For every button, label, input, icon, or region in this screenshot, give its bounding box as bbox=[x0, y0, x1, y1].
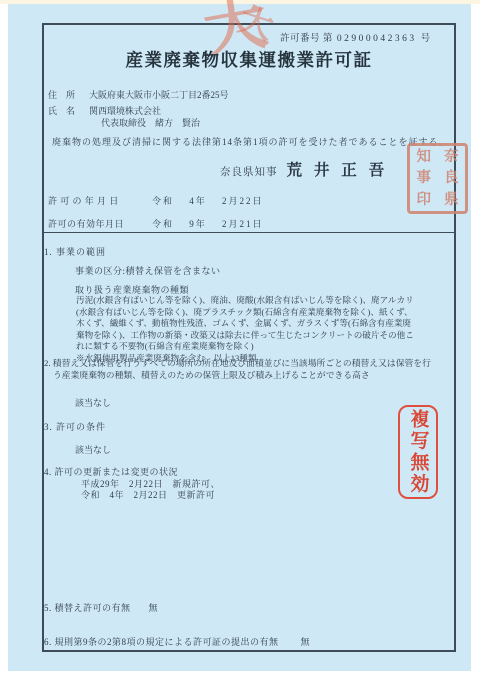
waste-types-line: 木くず、繊維くず、動植物性残渣、ゴムくず、金属くず、ガラスくず等(石綿含有産業廃 bbox=[76, 318, 414, 330]
section2-line1: 2. 積替え又は保管を行うすべての場所の所在地及び面積並びに当該場所ごとの積替え… bbox=[44, 358, 431, 370]
address-row: 住 所大阪府東大阪市小阪二丁目2番25号 bbox=[48, 88, 229, 101]
permit-date-value: 令和 4年 2月22日 bbox=[152, 196, 264, 206]
section2-heading-block: 2. 積替え又は保管を行うすべての場所の所在地及び面積並びに当該場所ごとの積替え… bbox=[44, 358, 431, 381]
valid-date-label: 許可の有効年月日 bbox=[48, 217, 152, 230]
waste-types-line: 棄物を除く)、工作物の新築・改築又は除去に伴って生じたコンクリートの破片その他こ bbox=[76, 330, 414, 342]
seal-char: 奈 bbox=[444, 150, 459, 165]
section1-waste-types-paragraph: 汚泥(水銀含有ばいじん等を除く)、廃油、廃酸(水銀含有ばいじん等を除く)、廃アル… bbox=[76, 295, 414, 364]
section2-line2: う産業廃棄物の種類、積替えのための保管上限及び積み上げることができる高さ bbox=[44, 370, 431, 382]
address-value: 大阪府東大阪市小阪二丁目2番25号 bbox=[89, 90, 229, 100]
section5-heading: 5. 積替え許可の有無 bbox=[44, 603, 131, 613]
permit-number-line: 許可番号 第02900042363号 bbox=[280, 30, 431, 44]
permit-number-suffix: 号 bbox=[421, 34, 431, 44]
address-label: 住 所 bbox=[48, 88, 75, 101]
section1-business-category: 事業の区分:積替え保管を含まない bbox=[75, 264, 221, 277]
valid-date-row: 許可の有効年月日令和 9年 2月21日 bbox=[48, 217, 264, 230]
waste-types-line: 汚泥(水銀含有ばいじん等を除く)、廃油、廃酸(水銀含有ばいじん等を除く)、廃アル… bbox=[76, 295, 414, 307]
section5-value: 無 bbox=[149, 603, 159, 613]
seal-char: 県 bbox=[444, 193, 459, 208]
waste-types-line: (水銀含有ばいじん等を除く)、廃プラスチック類(石綿含有産業廃棄物を除く)、紙く… bbox=[76, 307, 414, 319]
seal-char: 印 bbox=[417, 193, 432, 208]
permit-number-label: 許可番号 第 bbox=[280, 34, 333, 44]
company-name: 関西環境株式会社 bbox=[89, 106, 161, 116]
section3-heading: 3. 許可の条件 bbox=[44, 420, 106, 433]
section1-heading: 1. 事業の範囲 bbox=[44, 245, 106, 258]
section4-history-line2: 令和 4年 2月22日 更新許可 bbox=[81, 488, 215, 501]
section5-row: 5. 積替え許可の有無無 bbox=[44, 601, 158, 614]
section6-row: 6. 規則第9条の2第8項の規定による許可証の提出の有無無 bbox=[44, 635, 310, 648]
permit-date-row: 許 可 の 年 月 日令和 4年 2月22日 bbox=[48, 194, 264, 207]
section6-heading: 6. 規則第9条の2第8項の規定による許可証の提出の有無 bbox=[44, 637, 279, 647]
permit-number: 02900042363 bbox=[337, 34, 417, 44]
seal-char: 事 bbox=[417, 171, 432, 186]
seal-char: 良 bbox=[444, 171, 459, 186]
name-label: 氏 名 bbox=[48, 104, 75, 117]
scanned-permit-page: 大 大 許可番号 第02900042363号 産業廃棄物収集運搬業許可証 住 所… bbox=[0, 0, 480, 680]
section6-value: 無 bbox=[301, 637, 311, 647]
representative-line: 代表取締役 緒方 賢治 bbox=[101, 116, 200, 129]
seal-char: 知 bbox=[417, 150, 432, 165]
permit-date-label: 許 可 の 年 月 日 bbox=[48, 194, 152, 207]
waste-types-line: れに類する不要物(石綿含有産業廃棄物を除く) bbox=[76, 341, 414, 353]
document-title: 産業廃棄物収集運搬業許可証 bbox=[42, 47, 456, 72]
header-divider-line bbox=[42, 232, 456, 233]
valid-date-value: 令和 9年 2月21日 bbox=[152, 219, 264, 229]
certification-statement: 廃棄物の処理及び清掃に関する法律第14条第1項の許可を受けた者であることを証する… bbox=[52, 135, 449, 148]
issuer-name: 荒 井 正 吾 bbox=[287, 158, 389, 180]
section3-value: 該当なし bbox=[75, 443, 111, 456]
governor-seal-stamp-icon: 知 奈 事 良 印 県 bbox=[407, 143, 468, 214]
section2-value: 該当なし bbox=[75, 396, 111, 409]
issuer-row: 奈良県知事 荒 井 正 吾 bbox=[220, 158, 388, 180]
copy-invalid-stamp-icon: 複写無効 bbox=[398, 405, 438, 499]
issuer-title: 奈良県知事 bbox=[220, 164, 278, 179]
